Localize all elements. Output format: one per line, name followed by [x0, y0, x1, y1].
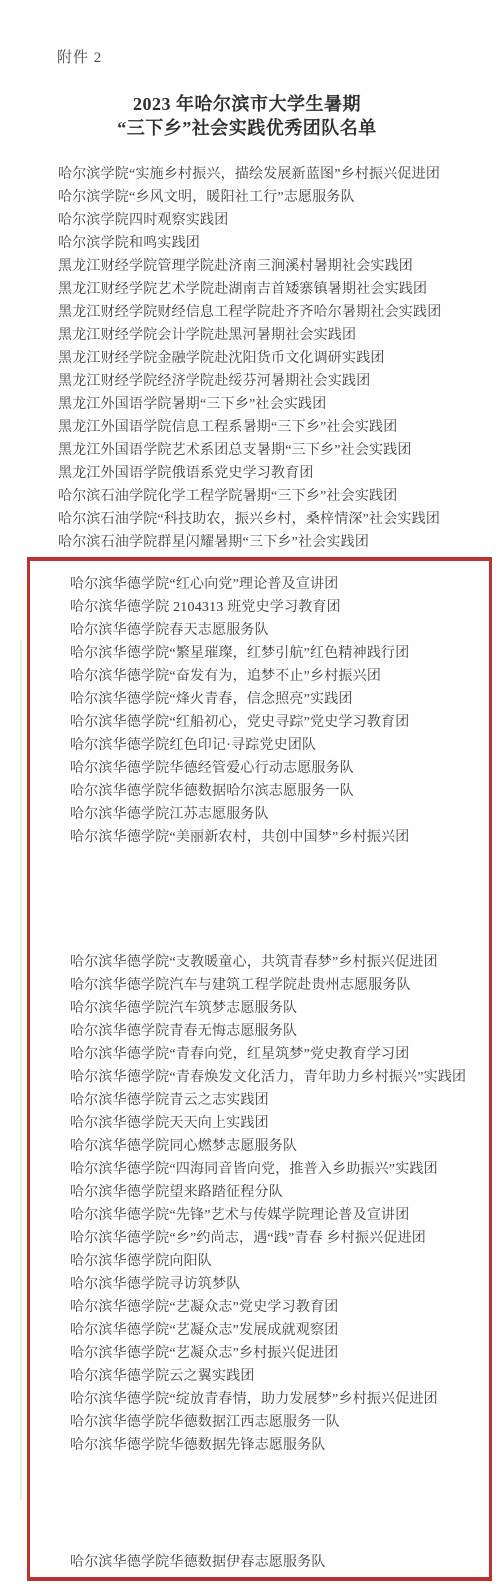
team-row: 哈尔滨学院四时观察实践团 — [58, 209, 441, 232]
team-row: 哈尔滨华德学院“绽放青春情，助力发展梦”乡村振兴促进团 — [70, 1388, 466, 1411]
team-row: 哈尔滨华德学院 2104313 班党史学习教育团 — [70, 596, 409, 619]
team-row: 哈尔滨华德学院“乡”约尚志，遇“践”青春 乡村振兴促进团 — [70, 1227, 466, 1250]
team-row: 哈尔滨华德学院“红船初心，党史寻踪”党史学习教育团 — [70, 711, 409, 734]
team-row: 哈尔滨华德学院华德数据江西志愿服务一队 — [70, 1411, 466, 1434]
team-row: 哈尔滨华德学院同心燃梦志愿服务队 — [70, 1135, 466, 1158]
team-row: 哈尔滨华德学院“艺凝众志”发展成就观察团 — [70, 1319, 466, 1342]
team-row: 黑龙江外国语学院暑期“三下乡”社会实践团 — [58, 393, 441, 416]
team-row: 哈尔滨华德学院天天向上实践团 — [70, 1112, 466, 1135]
team-row: 哈尔滨华德学院江苏志愿服务队 — [70, 803, 409, 826]
team-row: 哈尔滨华德学院云之翼实践团 — [70, 1365, 466, 1388]
team-row: 哈尔滨华德学院华德数据哈尔滨志愿服务一队 — [70, 780, 409, 803]
team-row: 哈尔滨华德学院望来路踏征程分队 — [70, 1181, 466, 1204]
team-row: 哈尔滨华德学院“艺凝众志”乡村振兴促进团 — [70, 1342, 466, 1365]
team-row: 哈尔滨华德学院“四海同音皆向党，推普入乡助振兴”实践团 — [70, 1158, 466, 1181]
team-row: 哈尔滨华德学院寻访筑梦队 — [70, 1273, 466, 1296]
page-title: 2023 年哈尔滨市大学生暑期 “三下乡”社会实践优秀团队名单 — [0, 92, 494, 140]
team-row: 哈尔滨华德学院向阳队 — [70, 1250, 466, 1273]
team-row: 哈尔滨华德学院华德数据伊春志愿服务队 — [70, 1551, 326, 1574]
team-row: 哈尔滨华德学院汽车筑梦志愿服务队 — [70, 997, 466, 1020]
team-list-before-box: 哈尔滨学院“实施乡村振兴，描绘发展新蓝图”乡村振兴促进团哈尔滨学院“乡风文明，暖… — [58, 163, 441, 554]
team-row: 黑龙江财经学院财经信息工程学院赴齐齐哈尔暑期社会实践团 — [58, 301, 441, 324]
page-title-line2: “三下乡”社会实践优秀团队名单 — [0, 116, 494, 140]
team-list-in-box-part-3: 哈尔滨华德学院华德数据伊春志愿服务队 — [70, 1551, 326, 1574]
team-row: 哈尔滨石油学院化学工程学院暑期“三下乡”社会实践团 — [58, 485, 441, 508]
team-row: 哈尔滨华德学院青春无悔志愿服务队 — [70, 1020, 466, 1043]
team-row: 哈尔滨华德学院“青春向党，红星筑梦”党史教育学习团 — [70, 1043, 466, 1066]
team-list-in-box-part-1: 哈尔滨华德学院“红心向党”理论普及宣讲团哈尔滨华德学院 2104313 班党史学… — [70, 573, 409, 849]
team-row: 黑龙江财经学院会计学院赴黑河暑期社会实践团 — [58, 324, 441, 347]
team-row: 哈尔滨学院和鸣实践团 — [58, 232, 441, 255]
page-title-line1: 2023 年哈尔滨市大学生暑期 — [0, 92, 494, 116]
team-row: 哈尔滨学院“实施乡村振兴，描绘发展新蓝图”乡村振兴促进团 — [58, 163, 441, 186]
team-row: 黑龙江外国语学院信息工程系暑期“三下乡”社会实践团 — [58, 416, 441, 439]
team-row: 黑龙江财经学院艺术学院赴湖南吉首矮寨镇暑期社会实践团 — [58, 278, 441, 301]
team-row: 哈尔滨华德学院红色印记·寻踪党史团队 — [70, 734, 409, 757]
team-row: 黑龙江财经学院经济学院赴绥芬河暑期社会实践团 — [58, 370, 441, 393]
team-row: 哈尔滨石油学院“科技助农，振兴乡村，桑梓情深”社会实践团 — [58, 508, 441, 531]
team-row: 哈尔滨华德学院“支教暖童心，共筑青春梦”乡村振兴促进团 — [70, 951, 466, 974]
team-row: 哈尔滨华德学院华德数据先锋志愿服务队 — [70, 1434, 466, 1457]
document-page: 附件 2 2023 年哈尔滨市大学生暑期 “三下乡”社会实践优秀团队名单 哈尔滨… — [0, 0, 500, 1584]
attachment-label: 附件 2 — [57, 46, 102, 67]
team-row: 哈尔滨华德学院汽车与建筑工程学院赴贵州志愿服务队 — [70, 974, 466, 997]
team-row: 哈尔滨华德学院华德经管爱心行动志愿服务队 — [70, 757, 409, 780]
team-row: 哈尔滨华德学院“美丽新农村，共创中国梦”乡村振兴团 — [70, 826, 409, 849]
team-row: 哈尔滨石油学院群星闪耀暑期“三下乡”社会实践团 — [58, 531, 441, 554]
team-row: 哈尔滨华德学院青云之志实践团 — [70, 1089, 466, 1112]
team-row: 哈尔滨华德学院“烽火青春，信念照亮”实践团 — [70, 688, 409, 711]
team-row: 哈尔滨学院“乡风文明，暖阳社工行”志愿服务队 — [58, 186, 441, 209]
team-row: 黑龙江外国语学院俄语系党史学习教育团 — [58, 462, 441, 485]
team-row: 哈尔滨华德学院“先锋”艺术与传媒学院理论普及宣讲团 — [70, 1204, 466, 1227]
team-row: 哈尔滨华德学院“奋发有为，追梦不止”乡村振兴团 — [70, 665, 409, 688]
team-row: 哈尔滨华德学院“红心向党”理论普及宣讲团 — [70, 573, 409, 596]
scan-artifact-line — [20, 640, 22, 1500]
team-row: 黑龙江财经学院管理学院赴济南三涧溪村暑期社会实践团 — [58, 255, 441, 278]
team-row: 黑龙江外国语学院艺术系团总支暑期“三下乡”社会实践团 — [58, 439, 441, 462]
team-row: 哈尔滨华德学院“青春焕发文化活力，青年助力乡村振兴”实践团 — [70, 1066, 466, 1089]
team-row: 哈尔滨华德学院春天志愿服务队 — [70, 619, 409, 642]
team-row: 哈尔滨华德学院“艺凝众志”党史学习教育团 — [70, 1296, 466, 1319]
team-row: 黑龙江财经学院金融学院赴沈阳货币文化调研实践团 — [58, 347, 441, 370]
team-row: 哈尔滨华德学院“繁星璀璨，红梦引航”红色精神践行团 — [70, 642, 409, 665]
team-list-in-box-part-2: 哈尔滨华德学院“支教暖童心，共筑青春梦”乡村振兴促进团哈尔滨华德学院汽车与建筑工… — [70, 951, 466, 1457]
